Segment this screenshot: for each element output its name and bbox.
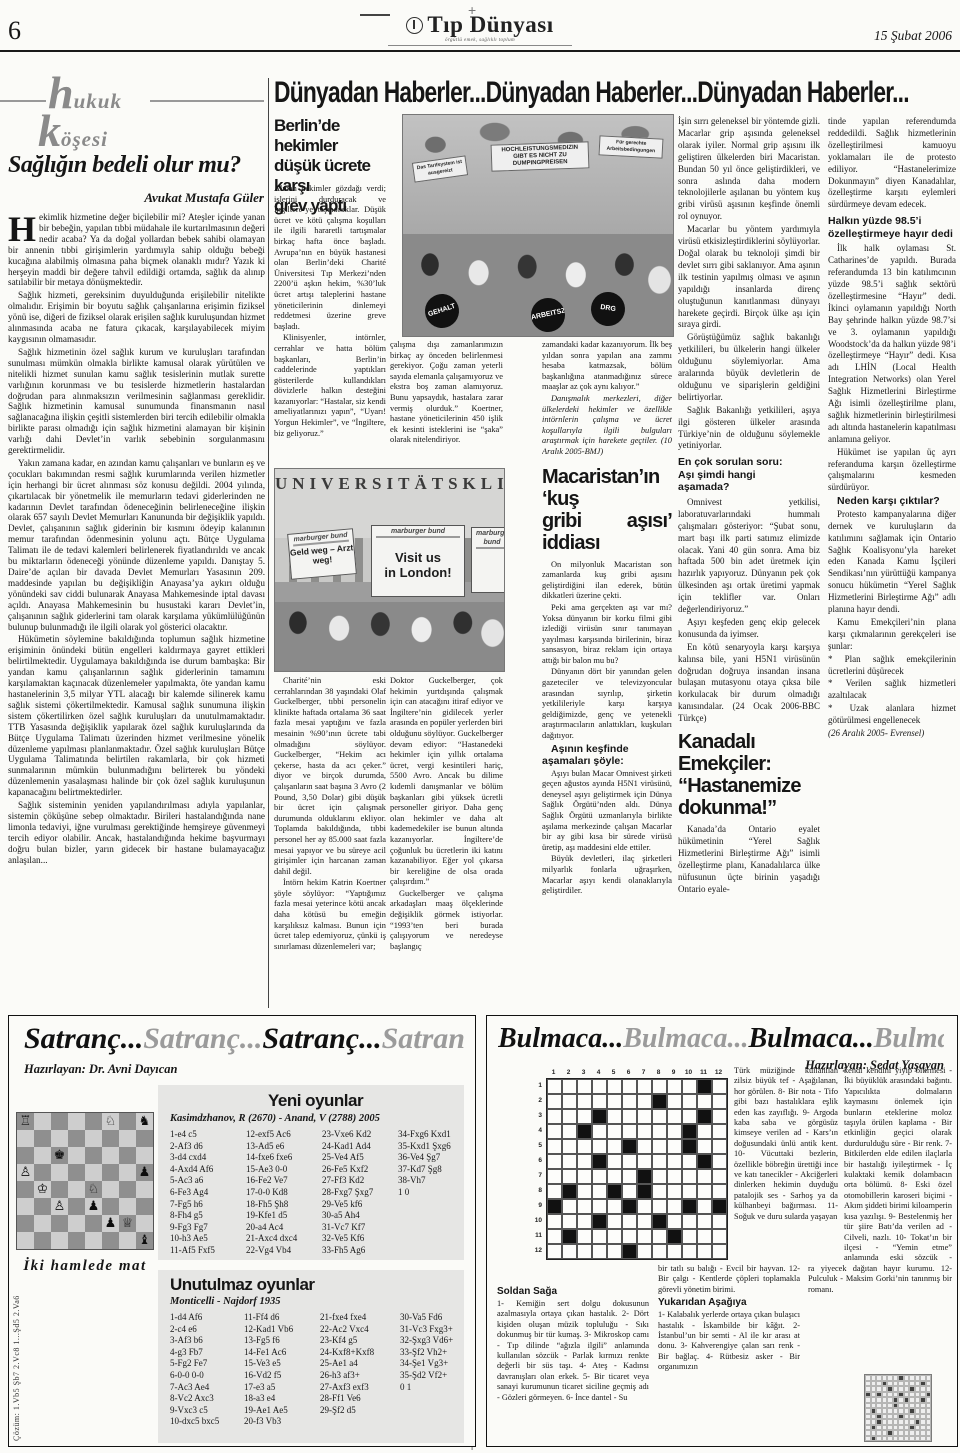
grid-number: 1: [532, 1078, 542, 1093]
chess-square: [51, 1113, 68, 1130]
empty-cell: [682, 1079, 697, 1094]
chess-square: ♟: [136, 1164, 153, 1181]
empty-cell: [547, 1214, 562, 1229]
empty-cell: [712, 1154, 727, 1169]
chess-square: [136, 1198, 153, 1215]
black-cell: [577, 1124, 592, 1139]
kicker-osesi: öşesi: [61, 127, 108, 151]
chess-square: [136, 1181, 153, 1198]
empty-cell: [652, 1244, 667, 1259]
grid-number: 8: [651, 1069, 666, 1077]
empty-cell: [562, 1154, 577, 1169]
moves-col: 1-d4 Af6 2-c4 e6 3-Af3 b6 4-g3 Fb7 5-Fg2…: [170, 1312, 240, 1428]
chess-square: ♝: [136, 1232, 153, 1249]
grid-number: 9: [532, 1198, 542, 1213]
berlin-col2-lower: Doktor Guckelberger, çok hekimin yurtdış…: [390, 676, 503, 1007]
empty-cell: [682, 1229, 697, 1244]
paragraph-text: ekimlik hizmetine değer biçilebilir mi? …: [8, 212, 265, 287]
protest-photo: HOCHLEISTUNGSMEDIZIN GIBT ES NICHT ZU DU…: [402, 114, 674, 337]
black-cell: [682, 1199, 697, 1214]
empty-cell: [547, 1184, 562, 1199]
headline-line: gribi aşısı’ iddiası: [542, 510, 672, 554]
chess-square: [17, 1147, 34, 1164]
black-cell: [622, 1244, 637, 1259]
paragraph: Sağlık hizmetinin özel sağlık kurum ve k…: [8, 347, 265, 456]
black-cell: [562, 1229, 577, 1244]
empty-cell: [592, 1094, 607, 1109]
chess-square: [85, 1215, 102, 1232]
new-games-panel: Yeni oyunlar Kasimdzhanov, R (2670) - An…: [158, 1085, 464, 1260]
chess-square: [119, 1232, 136, 1249]
subhead-neden: Neden karşı çıktılar?: [828, 495, 956, 508]
chess-square: ♙: [17, 1164, 34, 1181]
paragraph: Kanada’da Ontario eyalet hükümetinin “Ye…: [678, 824, 820, 895]
chess-square: ♔: [34, 1181, 51, 1198]
berlin-col2-upper: çalışma dışı zamanlarımızın birkaç ay ön…: [390, 340, 503, 466]
empty-cell: [652, 1169, 667, 1184]
protest-sign-main: HOCHLEISTUNGSMEDIZIN GIBT ES NICHT ZU DU…: [491, 141, 590, 171]
grid-number: 12: [711, 1069, 726, 1077]
empty-cell: [592, 1244, 607, 1259]
kicker-rule-2: [150, 100, 264, 102]
paragraph: Görüştüğümüz sağlık bakanlığı yetkililer…: [678, 332, 820, 403]
paragraph: çalışma dışı zamanlarımızın birkaç ay ön…: [390, 340, 503, 446]
empty-cell: [652, 1229, 667, 1244]
subhead-line: En çok sorulan soru:: [678, 456, 820, 469]
empty-cell: [607, 1109, 622, 1124]
chess-square: [17, 1215, 34, 1232]
chess-square: [85, 1147, 102, 1164]
placard-partial: marburger bund: [471, 527, 505, 593]
empty-cell: [547, 1154, 562, 1169]
empty-cell: [592, 1184, 607, 1199]
paragraph: Alman hekimler gözdağı verdi; işlerini d…: [274, 184, 386, 332]
empty-cell: [712, 1124, 727, 1139]
grid-number: 10: [681, 1069, 696, 1077]
empty-cell: [682, 1169, 697, 1184]
banner-word: Satranç...: [382, 1022, 464, 1055]
paragraph: Büyük devletleri, ilaç şirketleri milyar…: [542, 854, 672, 896]
protest-sign-right: Für gerechte Arbeitsbedingungen: [599, 135, 664, 158]
empty-cell: [577, 1139, 592, 1154]
empty-cell: [697, 1124, 712, 1139]
paragraph: İlk halk oylaması St. Catharines’de yapı…: [828, 243, 956, 445]
crossword-col-numbers: 123456789101112: [546, 1069, 726, 1077]
paragraph: En kötü senaryoyla karşı karşıya kalınsa…: [678, 642, 820, 725]
chess-square: [102, 1147, 119, 1164]
header-rule: [0, 50, 960, 52]
empty-cell: [622, 1109, 637, 1124]
chess-caption: İki hamlede mat: [14, 1258, 156, 1275]
paragraph: Charité’nin eski cerrahlarından 38 yaşın…: [274, 676, 386, 877]
memorable-games-panel: Unutulmaz oyunlar Monticelli - Najdorf 1…: [158, 1270, 464, 1443]
grid-number: 11: [696, 1069, 711, 1077]
empty-cell: [622, 1094, 637, 1109]
subhead-halk: Halkın yüzde 98.5’i özelleştirmeye hayır…: [828, 215, 956, 240]
chess-square: [119, 1198, 136, 1215]
across-header: Soldan Sağa: [497, 1286, 649, 1297]
grid-number: 9: [666, 1069, 681, 1077]
photo-crowd: [275, 602, 504, 671]
grid-number: 3: [576, 1069, 591, 1077]
empty-cell: [547, 1124, 562, 1139]
paragraph: Hekimlik hizmetine değer biçilebilir mi?…: [8, 212, 265, 288]
subhead-line: aşamada?: [678, 481, 820, 494]
chess-square: [34, 1130, 51, 1147]
paragraph: Kamu Emekçileri’nin plana karşı çıkmalar…: [828, 617, 956, 653]
grid-number: 1: [546, 1069, 561, 1077]
chess-square: [51, 1181, 68, 1198]
empty-cell: [637, 1139, 652, 1154]
empty-cell: [622, 1184, 637, 1199]
section-divider: [268, 78, 269, 1008]
empty-cell: [577, 1094, 592, 1109]
paragraph: tinde yapılan referendumda reddedildi. S…: [828, 116, 956, 211]
paragraph: Aşıyı keşfeden genç ekip gelecek konusun…: [678, 617, 820, 641]
empty-cell: [577, 1154, 592, 1169]
empty-cell: [562, 1244, 577, 1259]
bullet-item: * Plan sağlık emekçilerinin ücretlerini …: [828, 654, 956, 678]
chess-square: [68, 1164, 85, 1181]
chess-square: ♟: [85, 1198, 102, 1215]
black-cell: [637, 1169, 652, 1184]
masthead-tagline: örgütlü emek, sağlıklı toplum: [388, 38, 572, 43]
placard-text: Visit us: [372, 550, 464, 565]
empty-cell: [712, 1094, 727, 1109]
empty-cell: [547, 1169, 562, 1184]
paragraph: Hükümet ise yapılan üç ayrı referanduma …: [828, 447, 956, 495]
chess-editor: Hazırlayan: Dr. Avni Dayıcan: [24, 1062, 177, 1077]
paragraph: İşin sırrı geleneksel bir yöntemde gizli…: [678, 116, 820, 223]
chess-square: ♙: [51, 1198, 68, 1215]
empty-cell: [697, 1229, 712, 1244]
empty-cell: [592, 1079, 607, 1094]
paragraph: On milyonluk Macaristan son zamanlarda k…: [542, 560, 672, 602]
empty-cell: [712, 1229, 727, 1244]
empty-cell: [592, 1199, 607, 1214]
clues-column-b: kendi kendini yiyip bitirmesi - İki büyü…: [844, 1066, 952, 1262]
empty-cell: [577, 1169, 592, 1184]
kanada-headline: Kanadalı Emekçiler: “Hastanemize dokunma…: [678, 731, 820, 819]
paragraph: Sağlık hizmeti, gereksinim duyulduğunda …: [8, 290, 265, 345]
chess-square: [102, 1181, 119, 1198]
chess-square: [34, 1147, 51, 1164]
chess-square: [17, 1198, 34, 1215]
empty-cell: [697, 1199, 712, 1214]
empty-cell: [547, 1109, 562, 1124]
empty-cell: [577, 1109, 592, 1124]
empty-cell: [637, 1214, 652, 1229]
paragraph: Omnivest yetkilisi, laboratuvarlarındaki…: [678, 497, 820, 616]
chess-square: [17, 1181, 34, 1198]
bullet-item: * Verilen sağlık hizmetleri azaltılacak: [828, 678, 956, 702]
crossword-row-numbers: 123456789101112: [532, 1078, 542, 1258]
paragraph: Guckelberger ve çalışma arkadaşları maaş…: [390, 889, 503, 953]
chess-square: ♚: [51, 1147, 68, 1164]
chess-square: [68, 1198, 85, 1215]
empty-cell: [592, 1169, 607, 1184]
empty-cell: [622, 1169, 637, 1184]
chess-square: [85, 1164, 102, 1181]
hukuk-article-body: Hekimlik hizmetine değer biçilebilir mi?…: [8, 212, 265, 1007]
empty-cell: [607, 1229, 622, 1244]
empty-cell: [652, 1154, 667, 1169]
empty-cell: [667, 1094, 682, 1109]
chess-square: [68, 1215, 85, 1232]
moves-col: 21-fxe4 fxe4 22-Ac2 Vxc4 23-Kf4 g5 24-Kx…: [320, 1312, 396, 1416]
paragraph: Hükümetin söylemine bakıldığında toplumu…: [8, 634, 265, 798]
klinik-photo: UNIVERSITÄTSKLI marburger bund Geld weg …: [274, 468, 505, 672]
chess-square: [136, 1215, 153, 1232]
chess-square: [85, 1130, 102, 1147]
grid-number: 3: [532, 1108, 542, 1123]
banner-word: Satranç...: [24, 1022, 143, 1055]
black-cell: [697, 1079, 712, 1094]
crossword-banner: Bulmaca...Bulmaca...Bulmaca...Bulmaca...: [498, 1022, 944, 1056]
empty-cell: [652, 1184, 667, 1199]
empty-cell: [592, 1229, 607, 1244]
empty-cell: [712, 1184, 727, 1199]
chess-square: [68, 1232, 85, 1249]
grid-number: 7: [532, 1168, 542, 1183]
chess-square: [17, 1130, 34, 1147]
empty-cell: [682, 1094, 697, 1109]
headline-line: Kanadalı: [678, 731, 820, 753]
chess-square: ♞: [136, 1113, 153, 1130]
subhead-soru: En çok sorulan soru: Aşı şimdi hangi aşa…: [678, 456, 820, 494]
empty-cell: [637, 1109, 652, 1124]
chess-square: [102, 1232, 119, 1249]
empty-cell: [682, 1244, 697, 1259]
empty-cell: [547, 1229, 562, 1244]
masthead: Tıp Dünyası örgütlü emek, sağlıklı toplu…: [388, 12, 572, 46]
moves-col: 30-Va5 Fd6 31-Vc3 Fxg3+ 32-Şxg3 Vd6+ 33-…: [400, 1312, 462, 1393]
chess-banner: Satranç...Satranç...Satranç...Satranç...…: [24, 1022, 464, 1056]
black-cell: [622, 1199, 637, 1214]
black-cell: [652, 1214, 667, 1229]
grid-number: 10: [532, 1213, 542, 1228]
game-header: Monticelli - Najdorf 1935: [170, 1296, 281, 1307]
empty-cell: [667, 1214, 682, 1229]
empty-cell: [607, 1139, 622, 1154]
empty-cell: [607, 1244, 622, 1259]
empty-cell: [682, 1109, 697, 1124]
headline-line: dokunma!”: [678, 797, 820, 819]
empty-cell: [547, 1094, 562, 1109]
banner-word: Bulmaca...: [498, 1023, 623, 1054]
chess-board: ♖♘♞♚♙♟♔♘♙♟♟♕♝: [16, 1112, 154, 1250]
empty-cell: [667, 1169, 682, 1184]
hukuk-byline: Avukat Mustafa Güler: [8, 190, 264, 206]
empty-cell: [667, 1184, 682, 1199]
kicker-rule-1: [0, 100, 46, 102]
black-cell: [547, 1199, 562, 1214]
kicker-k: k: [38, 105, 61, 156]
chess-square: ♘: [102, 1113, 119, 1130]
subhead-kesif: Aşının keşfinde aşamaları şöyle:: [542, 743, 672, 768]
bullet-item: * Uzak alanlara hizmet götürülmesi engel…: [828, 703, 956, 727]
banner-word: Satranç...: [262, 1022, 381, 1055]
headline-line: Emekçiler:: [678, 753, 820, 775]
empty-cell: [682, 1154, 697, 1169]
clues-tail: ra yiyecek dağıtan hayır kurumu. 12- Pul…: [808, 1264, 952, 1374]
empty-cell: [652, 1079, 667, 1094]
empty-cell: [607, 1199, 622, 1214]
empty-cell: [667, 1109, 682, 1124]
empty-cell: [577, 1244, 592, 1259]
down-clues: bir tatlı su balığı - Evcil bir hayvan. …: [658, 1264, 800, 1442]
empty-cell: [697, 1244, 712, 1259]
black-cell: [607, 1184, 622, 1199]
black-cell: [592, 1214, 607, 1229]
drop-cap: H: [8, 212, 39, 244]
empty-cell: [607, 1214, 622, 1229]
chess-square: [68, 1113, 85, 1130]
chess-square: [34, 1215, 51, 1232]
paragraph: Dünyanın dört bir yanından gelen gazetec…: [542, 667, 672, 741]
game-header: Kasimdzhanov, R (2670) - Anand, V (2788)…: [170, 1113, 380, 1124]
grid-number: 4: [591, 1069, 606, 1077]
empty-cell: [637, 1094, 652, 1109]
black-cell: [667, 1229, 682, 1244]
grid-number: 6: [621, 1069, 636, 1077]
berlin-col1-lower: Charité’nin eski cerrahlarından 38 yaşın…: [274, 676, 386, 1007]
headline-line: Macaristan’ın ‘kuş: [542, 466, 672, 510]
empty-cell: [562, 1079, 577, 1094]
chess-square: [68, 1147, 85, 1164]
chess-square: [34, 1164, 51, 1181]
clue-continuation: bir tatlı su balığı - Evcil bir hayvan. …: [658, 1264, 800, 1294]
chess-square: [34, 1113, 51, 1130]
placard-geldweg: marburger bund Geld weg – Arzt weg!: [287, 528, 357, 580]
paragraph: Sağlık sisteminin yeniden yapılandırılma…: [8, 800, 265, 865]
empty-cell: [697, 1214, 712, 1229]
subhead-line: özelleştirmeye hayır dedi: [828, 228, 956, 241]
empty-cell: [697, 1139, 712, 1154]
paragraph: Danışmalık merkezleri, diğer ülkelerdeki…: [542, 394, 672, 458]
empty-cell: [667, 1154, 682, 1169]
paragraph: Aşıyı bulan Macar Omnivest şirketi geçen…: [542, 769, 672, 854]
paragraph: Yakın zamana kadar, en azından kamu çalı…: [8, 458, 265, 633]
hukuk-article-title: Sağlığın bedeli olur mu?: [8, 152, 266, 179]
empty-cell: [712, 1214, 727, 1229]
empty-cell: [607, 1154, 622, 1169]
empty-cell: [712, 1079, 727, 1094]
empty-cell: [547, 1079, 562, 1094]
empty-cell: [562, 1139, 577, 1154]
page-number: 6: [8, 16, 21, 46]
empty-cell: [577, 1199, 592, 1214]
empty-cell: [577, 1229, 592, 1244]
subhead-line: Halkın yüzde 98.5’i: [828, 215, 956, 228]
paragraph: Doktor Guckelberger, çok hekimin yurtdış…: [390, 676, 503, 888]
mini-cell: [926, 1436, 932, 1442]
empty-cell: [667, 1199, 682, 1214]
grid-number: 4: [532, 1123, 542, 1138]
empty-cell: [697, 1184, 712, 1199]
chess-square: [119, 1181, 136, 1198]
empty-cell: [622, 1214, 637, 1229]
chess-square: [34, 1198, 51, 1215]
empty-cell: [712, 1244, 727, 1259]
empty-cell: [652, 1199, 667, 1214]
chess-square: [119, 1164, 136, 1181]
empty-cell: [667, 1079, 682, 1094]
empty-cell: [712, 1109, 727, 1124]
empty-cell: [577, 1184, 592, 1199]
chess-square: [85, 1113, 102, 1130]
source-credit: (26 Aralık 2005- Evrensel): [828, 728, 956, 740]
paragraph: Sağlık Bakanlığı yetkilileri, aşıya ilgi…: [678, 405, 820, 453]
chess-square: [136, 1147, 153, 1164]
paragraph: Peki ama gerçekten aşı var mı? Yoksa dün…: [542, 603, 672, 667]
marburger-bund-logo: marburger bund: [476, 529, 505, 549]
empty-cell: [622, 1079, 637, 1094]
banner-word: Bulmaca...: [623, 1023, 748, 1054]
macaristan-headline: Macaristan’ın ‘kuş gribi aşısı’ iddiası: [542, 466, 672, 554]
black-cell: [682, 1124, 697, 1139]
macaristan-sidebar-column: İşin sırrı geleneksel bir yöntemde gizli…: [678, 116, 820, 1007]
empty-cell: [697, 1169, 712, 1184]
empty-cell: [637, 1154, 652, 1169]
empty-cell: [607, 1094, 622, 1109]
chess-square: ♘: [85, 1181, 102, 1198]
chess-square: [34, 1232, 51, 1249]
chess-square: [102, 1130, 119, 1147]
new-games-title: Yeni oyunlar: [268, 1091, 363, 1111]
grid-number: 7: [636, 1069, 651, 1077]
empty-cell: [637, 1244, 652, 1259]
empty-cell: [667, 1244, 682, 1259]
empty-cell: [562, 1214, 577, 1229]
grid-number: 2: [561, 1069, 576, 1077]
down-header: Yukarıdan Aşağıya: [658, 1297, 800, 1308]
paragraph: Protesto kampanyalarına diğer dernek ve …: [828, 509, 956, 616]
paragraph: İntörn hekim Katrin Koertner şöyle söylü…: [274, 878, 386, 952]
grid-number: 5: [606, 1069, 621, 1077]
empty-cell: [637, 1199, 652, 1214]
across-clues: Soldan Sağa 1- Kemiğin sert dolgu dokusu…: [497, 1284, 649, 1442]
crossword-grid: [546, 1078, 728, 1260]
paragraph: Klinisyenler, intörnler, cerrahlar ve ha…: [274, 333, 386, 439]
column-kicker-2: köşesi: [38, 104, 108, 157]
down-text: 1- Kalabalık yerlerde ortaya çıkan bulaş…: [658, 1310, 800, 1371]
empty-cell: [652, 1109, 667, 1124]
chess-square: [102, 1198, 119, 1215]
moves-col: 23-Vxe6 Kd2 24-Kad1 Ad4 25-Ve4 Af5 26-Fe…: [322, 1129, 396, 1257]
empty-cell: [697, 1094, 712, 1109]
banner-word: Bulmaca...: [874, 1023, 944, 1054]
clues-column-a: Türk müziğinde kullanılan zilsiz büyük t…: [734, 1066, 838, 1262]
chess-square: [68, 1130, 85, 1147]
marburger-bund-logo: marburger bund: [376, 527, 460, 538]
black-cell: [622, 1139, 637, 1154]
chess-square: [136, 1130, 153, 1147]
chess-square: [51, 1215, 68, 1232]
issue-date: 15 Şubat 2006: [830, 28, 952, 44]
empty-cell: [682, 1184, 697, 1199]
empty-cell: [562, 1199, 577, 1214]
empty-cell: [577, 1214, 592, 1229]
black-cell: [697, 1154, 712, 1169]
empty-cell: [547, 1139, 562, 1154]
grid-number: 8: [532, 1183, 542, 1198]
headline-line: Berlin’de hekimler: [274, 116, 399, 156]
empty-cell: [592, 1124, 607, 1139]
paragraph: Macarlar bu yöntem yardımıyla virüsü etk…: [678, 224, 820, 331]
black-cell: [592, 1109, 607, 1124]
black-cell: [697, 1109, 712, 1124]
